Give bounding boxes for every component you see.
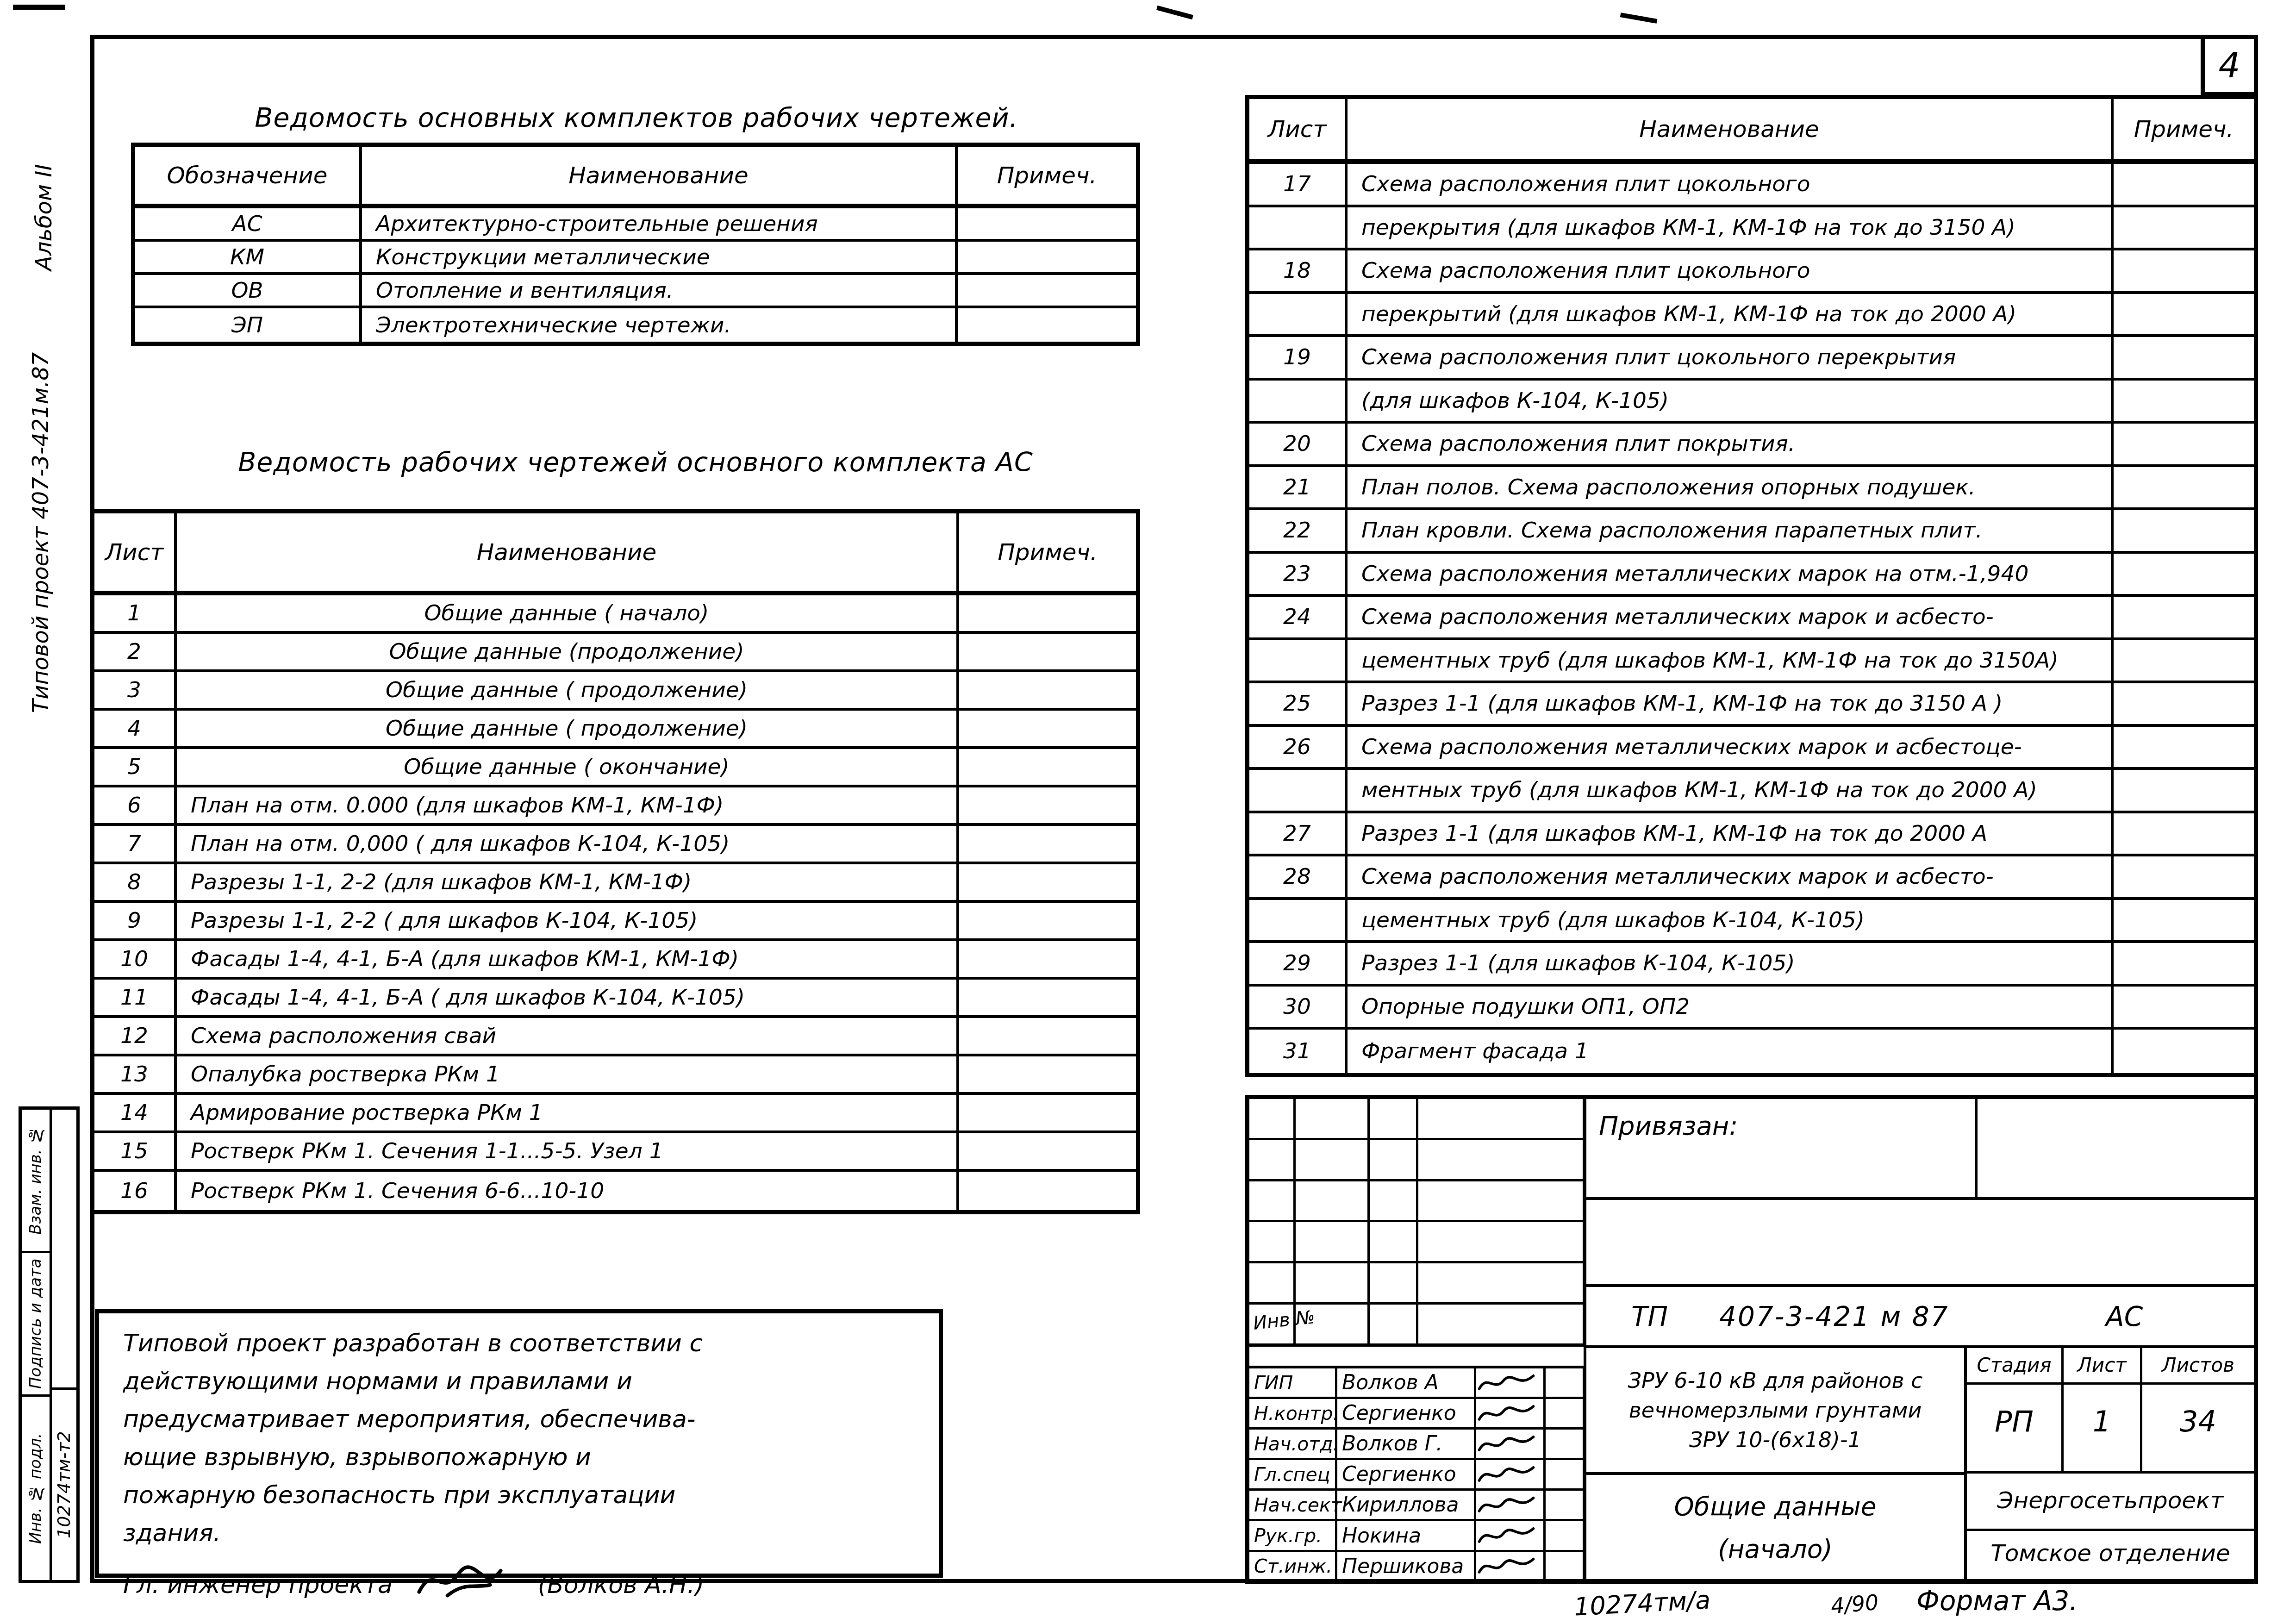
sheet-title-line: Общие данные <box>1674 1485 1877 1528</box>
grid-cell <box>1418 1263 1585 1305</box>
row-text: Схема расположения плит цокольного <box>1348 250 2114 294</box>
remark-cell <box>959 1056 1136 1095</box>
divider <box>1586 1284 2254 1287</box>
person-signature <box>1476 1552 1546 1583</box>
column-header: Обозначение <box>135 147 362 208</box>
person-role: ГИП <box>1249 1368 1337 1399</box>
row-number: 21 <box>1249 467 1348 511</box>
grid-cell <box>1249 1263 1296 1305</box>
row-number: 3 <box>94 672 177 711</box>
person-signature <box>1476 1430 1546 1460</box>
row-text: Фасады 1-4, 4-1, Б-А ( для шкафов К-104,… <box>177 980 959 1018</box>
grid-cell <box>1296 1140 1370 1181</box>
organization-branch: Томское отделение <box>1967 1540 2254 1567</box>
row-number: 27 <box>1249 813 1348 857</box>
remark-cell <box>2114 683 2254 727</box>
person-role: Ст.инж. <box>1249 1552 1337 1583</box>
remark-cell <box>959 864 1136 903</box>
remark-cell <box>959 595 1136 634</box>
remark-cell <box>2114 1030 2254 1073</box>
signer-role: Гл. инженер проекта <box>123 1566 393 1604</box>
row-number: 17 <box>1249 164 1348 207</box>
person-role: Гл.спец <box>1249 1460 1337 1491</box>
remark-cell <box>959 1018 1136 1056</box>
remark-cell <box>959 749 1136 787</box>
row-number: КМ <box>135 242 362 275</box>
column-header: Примеч. <box>959 513 1136 595</box>
column-header: Примеч. <box>958 147 1136 208</box>
person-name: Сергиенко <box>1337 1399 1476 1430</box>
row-number: 16 <box>94 1172 177 1210</box>
remark-cell <box>2114 381 2254 424</box>
remark-cell <box>2114 510 2254 554</box>
row-text: Разрез 1-1 (для шкафов КМ-1, КМ-1Ф на то… <box>1348 813 2114 857</box>
row-number: 25 <box>1249 683 1348 727</box>
row-text: План кровли. Схема расположения парапетн… <box>1348 510 2114 554</box>
note-line: ющие взрывную, взрывопожарную и <box>123 1438 930 1476</box>
remark-cell <box>2114 640 2254 684</box>
remark-cell <box>2114 987 2254 1030</box>
grid-cell <box>1370 1099 1418 1140</box>
person-signature <box>1476 1491 1546 1521</box>
row-number: 15 <box>94 1133 177 1172</box>
grid-cell <box>1370 1305 1418 1346</box>
row-text: Схема расположения металлических марок и… <box>1348 597 2114 640</box>
row-number: 1 <box>94 595 177 634</box>
row-number: 12 <box>94 1018 177 1056</box>
remark-cell <box>958 208 1136 242</box>
row-number <box>1249 381 1348 424</box>
row-text: Разрезы 1-1, 2-2 ( для шкафов К-104, К-1… <box>177 903 959 941</box>
row-text: (для шкафов К-104, К-105) <box>1348 381 2114 424</box>
scanned-drawing-sheet: { "page": { "number": "4" }, "margin": {… <box>0 0 2296 1624</box>
remark-cell <box>2114 813 2254 857</box>
person-role: Рук.гр. <box>1249 1521 1337 1552</box>
project-name-line: ЗРУ 6-10 кВ для районов с <box>1628 1366 1922 1395</box>
row-number: 29 <box>1249 943 1348 987</box>
signer-name: (Волков А.Н.) <box>538 1566 704 1604</box>
top-tick-mark <box>1620 12 1658 24</box>
signature-squiggle <box>1476 1430 1536 1458</box>
row-number <box>1249 770 1348 813</box>
row-number: 2 <box>94 634 177 672</box>
person-name: Волков А <box>1337 1368 1476 1399</box>
remark-cell <box>2114 727 2254 770</box>
grid-cell <box>1370 1263 1418 1305</box>
page-number-box: 4 <box>2201 39 2254 96</box>
row-text: Опалубка ростверка РКм 1 <box>177 1056 959 1095</box>
table1-title: Ведомость основных комплектов рабочих че… <box>134 103 1139 133</box>
row-text: План на отм. 0,000 ( для шкафов К-104, К… <box>177 826 959 864</box>
row-number: 20 <box>1249 424 1348 467</box>
remark-cell <box>959 941 1136 980</box>
row-number: 22 <box>1249 510 1348 554</box>
table2-title: Ведомость рабочих чертежей основного ком… <box>131 447 1140 478</box>
grid-cell <box>1249 1099 1296 1140</box>
project-name: ЗРУ 6-10 кВ для районов свечномерзлыми г… <box>1586 1348 1964 1472</box>
remark-cell <box>959 711 1136 749</box>
person-name: Сергиенко <box>1337 1460 1476 1491</box>
row-text: Ростверк РКм 1. Сечения 6-6...10-10 <box>177 1172 959 1210</box>
top-tick-mark <box>1156 6 1193 19</box>
signature-rows: ГИПВолков АН.контр.СергиенкоНач.отд.Волк… <box>1249 1366 1585 1580</box>
row-text: Общие данные ( продолжение) <box>177 672 959 711</box>
row-text: Схема расположения плит цокольного перек… <box>1348 337 2114 381</box>
row-text: Общие данные ( продолжение) <box>177 711 959 749</box>
row-number: 6 <box>94 787 177 826</box>
person-name: Кириллова <box>1337 1491 1476 1521</box>
note-line: Типовой проект разработан в соответствии… <box>123 1324 930 1362</box>
row-number: 13 <box>94 1056 177 1095</box>
grid-cell <box>1418 1099 1585 1140</box>
remark-cell <box>959 826 1136 864</box>
remark-cell <box>959 672 1136 711</box>
remark-cell <box>958 242 1136 275</box>
divider <box>1975 1099 1978 1198</box>
date-cell <box>1546 1399 1585 1430</box>
row-text: перекрытия (для шкафов КМ-1, КМ-1Ф на то… <box>1348 207 2114 251</box>
grid-cell <box>1249 1222 1296 1263</box>
remark-cell <box>958 308 1136 342</box>
row-text: Разрез 1-1 (для шкафов К-104, К-105) <box>1348 943 2114 987</box>
grid-cell <box>1418 1305 1585 1346</box>
row-text: План на отм. 0.000 (для шкафов КМ-1, КМ-… <box>177 787 959 826</box>
project-name-line: ЗРУ 10-(6х18)-1 <box>1689 1425 1861 1455</box>
remark-cell <box>2114 770 2254 813</box>
divider <box>1967 1471 2254 1474</box>
signature-squiggle <box>1476 1369 1536 1397</box>
footer-fraction: 4/90 <box>1830 1590 1880 1619</box>
row-text: Армирование ростверка РКм 1 <box>177 1095 959 1133</box>
remark-cell <box>2114 943 2254 987</box>
remark-cell <box>2114 337 2254 381</box>
column-header: Наименование <box>1348 99 2114 164</box>
note-sign-line: Гл. инженер проекта (Волков А.Н.) <box>123 1554 930 1616</box>
sheet-title-line: (начало) <box>1718 1528 1833 1570</box>
date-cell <box>1546 1460 1585 1491</box>
person-role: Нач.отд. <box>1249 1430 1337 1460</box>
remark-cell <box>2114 597 2254 640</box>
row-number: 14 <box>94 1095 177 1133</box>
note-line: пожарную безопасность при эксплуатации <box>123 1476 930 1514</box>
row-text: Фрагмент фасада 1 <box>1348 1030 2114 1073</box>
row-text: Схема расположения металлических марок и… <box>1348 727 2114 770</box>
remark-cell <box>2114 164 2254 207</box>
remark-cell <box>2114 467 2254 511</box>
row-number: ОВ <box>135 275 362 308</box>
row-text: Схема расположения металлических марок н… <box>1348 554 2114 597</box>
person-name: Першикова <box>1337 1552 1476 1583</box>
grid-cell <box>1249 1181 1296 1223</box>
row-number <box>1249 294 1348 337</box>
row-number: 23 <box>1249 554 1348 597</box>
row-text: Общие данные ( начало) <box>177 595 959 634</box>
column-header: Лист <box>94 513 177 595</box>
footer-order-number: 10274тм/а <box>1573 1585 1711 1621</box>
remark-cell <box>2114 250 2254 294</box>
person-role: Нач.сект. <box>1249 1491 1337 1521</box>
date-cell <box>1546 1552 1585 1583</box>
signature-squiggle <box>412 1554 518 1605</box>
row-text: Схема расположения плит цокольного <box>1348 164 2114 207</box>
divider <box>1967 1382 2254 1385</box>
signature-squiggle <box>1476 1399 1536 1427</box>
signature-squiggle <box>412 1554 518 1616</box>
signature-squiggle <box>1476 1552 1536 1580</box>
row-number: 11 <box>94 980 177 1018</box>
note-box: Типовой проект разработан в соответствии… <box>95 1309 943 1578</box>
row-text: Опорные подушки ОП1, ОП2 <box>1348 987 2114 1030</box>
note-line: действующими нормами и правилами и <box>123 1362 930 1400</box>
row-text: ментных труб (для шкафов КМ-1, КМ-1Ф на … <box>1348 770 2114 813</box>
remark-cell <box>958 275 1136 308</box>
person-signature <box>1476 1521 1546 1552</box>
column-header: Лист <box>1249 99 1348 164</box>
grid-cell <box>1249 1140 1296 1181</box>
row-number: 4 <box>94 711 177 749</box>
date-cell <box>1546 1491 1585 1521</box>
drawings-list-table: ЛистНаименованиеПримеч.1Общие данные ( н… <box>90 509 1140 1214</box>
page-number: 4 <box>2218 46 2240 86</box>
row-number: 28 <box>1249 856 1348 900</box>
row-number <box>1249 207 1348 251</box>
row-text: Схема расположения плит покрытия. <box>1348 424 2114 467</box>
grid-cell <box>1296 1099 1370 1140</box>
footer-format-label: Формат А3. <box>1916 1585 2078 1617</box>
row-number: АС <box>135 208 362 242</box>
drawings-list-table-continued: ЛистНаименованиеПримеч.17Схема расположе… <box>1245 95 2258 1077</box>
tp-label: ТП <box>1631 1301 1668 1332</box>
grid-cell <box>1370 1222 1418 1263</box>
row-text: Фасады 1-4, 4-1, Б-А (для шкафов КМ-1, К… <box>177 941 959 980</box>
column-header: Примеч. <box>2114 99 2254 164</box>
grid-cell <box>1296 1222 1370 1263</box>
date-cell <box>1546 1521 1585 1552</box>
person-name: Волков Г. <box>1337 1430 1476 1460</box>
person-role: Н.контр. <box>1249 1399 1337 1430</box>
margin-project-label: Типовой проект 407-3-421м.87 <box>22 306 59 759</box>
row-number <box>1249 900 1348 943</box>
sheet-header: Лист <box>2064 1354 2140 1376</box>
grid-cell <box>1296 1263 1370 1305</box>
row-number: 19 <box>1249 337 1348 381</box>
grid-cell <box>1370 1140 1418 1181</box>
remark-cell <box>959 1133 1136 1172</box>
stage-value: РП <box>1967 1405 2061 1438</box>
row-text: Схема расположения металлических марок и… <box>1348 856 2114 900</box>
row-number: 24 <box>1249 597 1348 640</box>
date-cell <box>1546 1430 1585 1460</box>
tp-set-code: АС <box>2106 1301 2143 1332</box>
sheet-title: Общие данные(начало) <box>1586 1475 1964 1580</box>
person-signature <box>1476 1460 1546 1491</box>
note-text: Типовой проект разработан в соответствии… <box>123 1324 930 1552</box>
remark-cell <box>2114 207 2254 251</box>
row-number: ЭП <box>135 308 362 342</box>
grid-cell <box>1418 1222 1585 1263</box>
tp-number: 407-3-421 м 87 <box>1719 1301 1949 1332</box>
strip-label-inv: Инв. № подл. <box>22 1397 50 1580</box>
row-number <box>1249 640 1348 684</box>
title-block: Инв № ГИПВолков АН.контр.СергиенкоНач.от… <box>1245 1095 2258 1584</box>
row-text: Разрез 1-1 (для шкафов КМ-1, КМ-1Ф на то… <box>1348 683 2114 727</box>
row-number: 18 <box>1249 250 1348 294</box>
grid-cell <box>1370 1181 1418 1223</box>
remark-cell <box>2114 856 2254 900</box>
remark-cell <box>2114 900 2254 943</box>
row-number: 5 <box>94 749 177 787</box>
row-number: 31 <box>1249 1030 1348 1073</box>
divider <box>1249 1344 1585 1347</box>
note-line: здания. <box>123 1514 930 1552</box>
row-number: 30 <box>1249 987 1348 1030</box>
corner-mark <box>13 5 65 10</box>
row-number: 10 <box>94 941 177 980</box>
remark-cell <box>959 787 1136 826</box>
main-sets-table: ОбозначениеНаименованиеПримеч.АСАрхитект… <box>131 143 1140 346</box>
remark-cell <box>2114 554 2254 597</box>
row-text: цементных труб (для шкафов К-104, К-105) <box>1348 900 2114 943</box>
remark-cell <box>2114 424 2254 467</box>
row-text: цементных труб (для шкафов КМ-1, КМ-1Ф н… <box>1348 640 2114 684</box>
organization-name: Энергосетьпроект <box>1967 1487 2254 1514</box>
row-number: 9 <box>94 903 177 941</box>
column-header: Наименование <box>177 513 959 595</box>
row-number: 7 <box>94 826 177 864</box>
remark-cell <box>959 980 1136 1018</box>
sheets-header: Листов <box>2142 1354 2254 1376</box>
row-text: План полов. Схема расположения опорных п… <box>1348 467 2114 511</box>
row-number: 26 <box>1249 727 1348 770</box>
note-line: предусматривает мероприятия, обеспечива- <box>123 1400 930 1438</box>
sheet-value: 1 <box>2064 1405 2140 1438</box>
remark-cell <box>959 634 1136 672</box>
divider <box>1586 1197 2254 1200</box>
signature-squiggle <box>1476 1461 1536 1488</box>
strip-label-podpis: Подпись и дата <box>22 1253 50 1394</box>
row-text: Отопление и вентиляция. <box>362 275 958 308</box>
row-text: перекрытий (для шкафов КМ-1, КМ-1Ф на то… <box>1348 294 2114 337</box>
row-number: 8 <box>94 864 177 903</box>
row-text: Ростверк РКм 1. Сечения 1-1...5-5. Узел … <box>177 1133 959 1172</box>
row-text: Разрезы 1-1, 2-2 (для шкафов КМ-1, КМ-1Ф… <box>177 864 959 903</box>
margin-attribute-strip: Взам. инв. № Подпись и дата Инв. № подл.… <box>19 1106 80 1583</box>
signature-squiggle <box>1476 1491 1536 1519</box>
row-text: Схема расположения свай <box>177 1018 959 1056</box>
divider <box>1967 1529 2254 1531</box>
grid-cell <box>1418 1181 1585 1223</box>
remark-cell <box>959 1172 1136 1210</box>
inventory-number: 10274тм-т2 <box>51 1390 76 1580</box>
grid-cell <box>1418 1140 1585 1181</box>
row-text: Конструкции металлические <box>362 242 958 275</box>
person-name: Нокина <box>1337 1521 1476 1552</box>
grid-cell <box>1296 1181 1370 1223</box>
signature-squiggle <box>1476 1522 1536 1549</box>
project-name-line: вечномерзлыми грунтами <box>1629 1395 1922 1425</box>
remark-cell <box>959 903 1136 941</box>
remark-cell <box>959 1095 1136 1133</box>
row-text: Общие данные ( окончание) <box>177 749 959 787</box>
row-text: Архитектурно-строительные решения <box>362 208 958 242</box>
person-signature <box>1476 1368 1546 1399</box>
column-header: Наименование <box>362 147 958 208</box>
privyazka-label: Привязан: <box>1599 1111 1738 1141</box>
margin-album-label: Альбом II <box>27 139 61 296</box>
person-signature <box>1476 1399 1546 1430</box>
stage-header: Стадия <box>1967 1354 2061 1376</box>
sheets-value: 34 <box>2142 1405 2254 1438</box>
row-text: Электротехнические чертежи. <box>362 308 958 342</box>
remark-cell <box>2114 294 2254 337</box>
date-cell <box>1546 1368 1585 1399</box>
strip-label-vzam: Взам. инв. № <box>22 1110 50 1251</box>
row-text: Общие данные (продолжение) <box>177 634 959 672</box>
